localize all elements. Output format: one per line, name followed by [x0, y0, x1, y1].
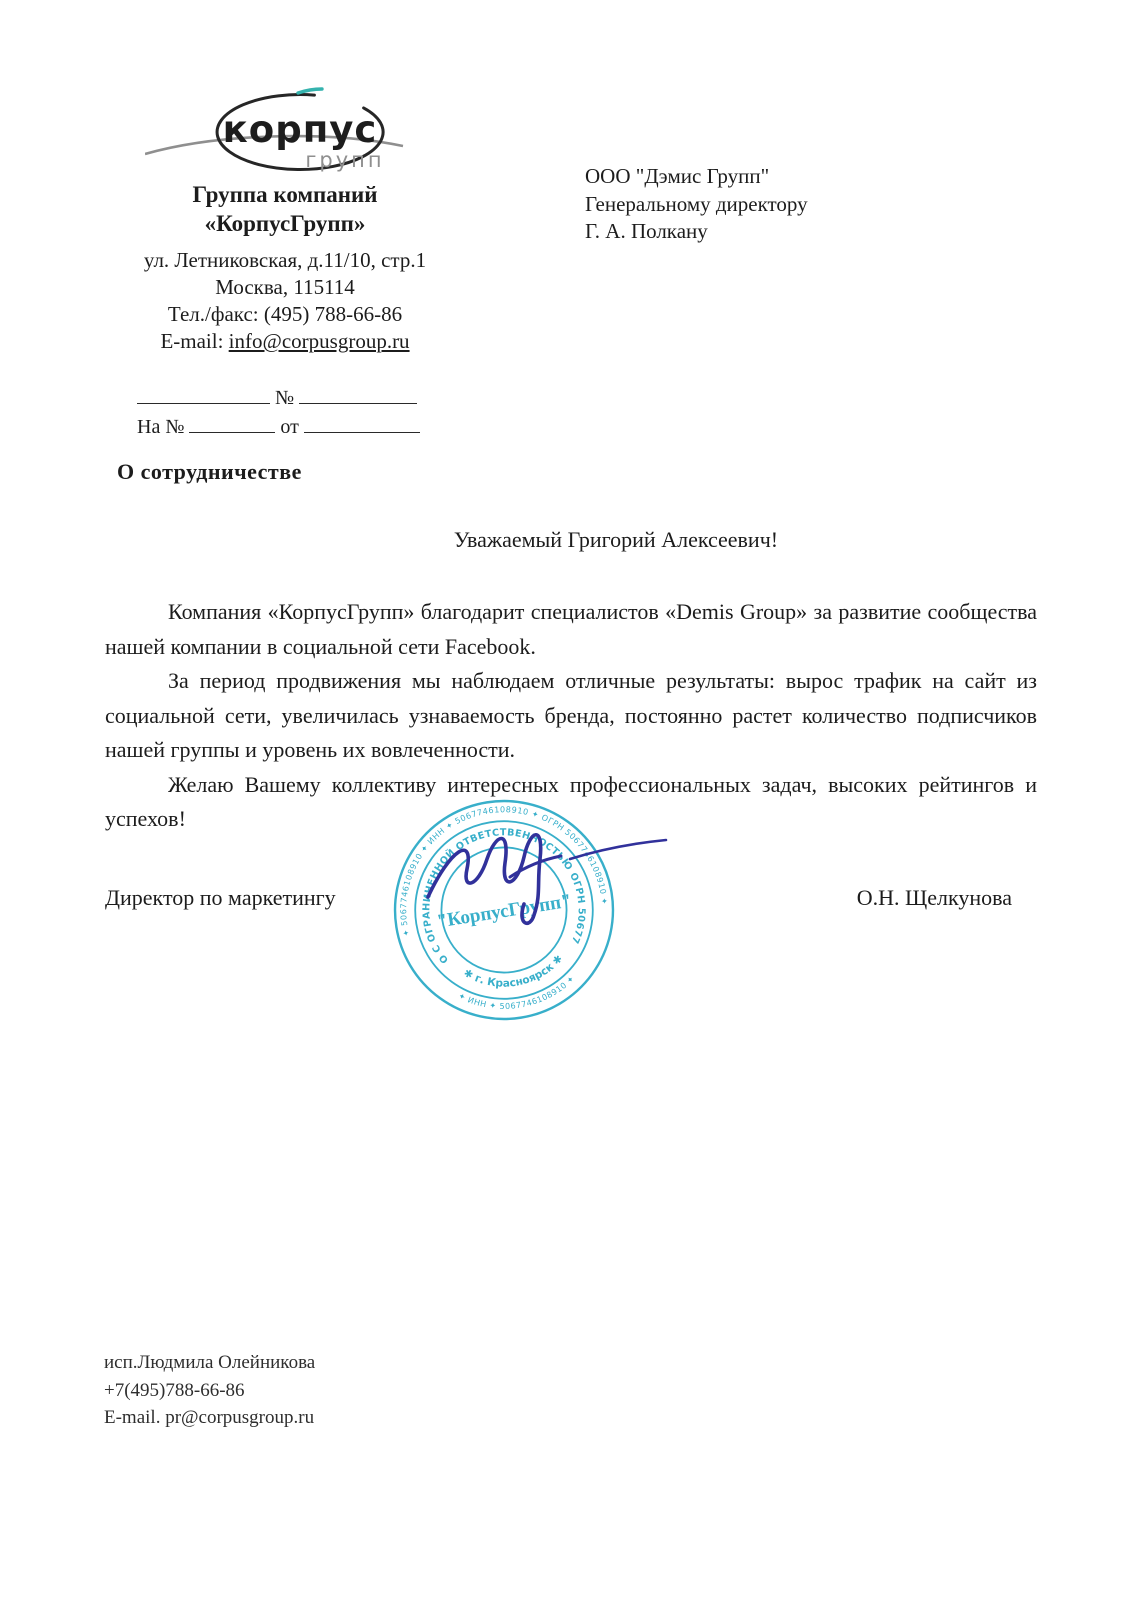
number-blank-line	[299, 385, 417, 404]
paragraph-2: За период продвижения мы наблюдаем отлич…	[105, 664, 1037, 768]
na-blank-line	[189, 414, 275, 433]
signature-strokes	[420, 805, 680, 945]
signer-job-title: Директор по маркетингу	[105, 885, 336, 911]
na-label: На №	[137, 416, 184, 438]
scanned-letter-page: корпус групп Группа компаний «КорпусГруп…	[0, 0, 1142, 1600]
address-street: ул. Летниковская, д.11/10, стр.1	[95, 247, 475, 274]
logo-graphic: корпус групп	[145, 84, 405, 180]
ot-label: от	[280, 416, 298, 438]
recipient-position: Генеральному директору	[585, 191, 808, 219]
date-blank-line	[137, 385, 270, 404]
reference-row-1: №	[137, 384, 420, 413]
signature-flourish-dash	[570, 840, 666, 859]
logo-wordmark: корпус	[223, 108, 378, 151]
logo-teal-accent	[298, 89, 322, 93]
executor-email: E-mail. pr@corpusgroup.ru	[104, 1404, 315, 1432]
company-name-line2: «КорпусГрупп»	[95, 209, 475, 238]
paragraph-1: Компания «КорпусГрупп» благодарит специа…	[105, 595, 1037, 664]
address-city: Москва, 115114	[95, 274, 475, 301]
email-label: E-mail:	[160, 329, 228, 353]
address-email-line: E-mail: info@corpusgroup.ru	[95, 328, 475, 355]
ot-blank-line	[304, 414, 420, 433]
company-name-line1: Группа компаний	[95, 180, 475, 209]
letter-subject: О сотрудничестве	[117, 459, 302, 485]
signature-scribble	[428, 835, 541, 923]
recipient-company: ООО "Дэмис Групп"	[585, 163, 808, 191]
company-logo: корпус групп	[145, 84, 405, 180]
recipient-block: ООО "Дэмис Групп" Генеральному директору…	[585, 163, 808, 246]
executor-block: исп.Людмила Олейникова +7(495)788-66-86 …	[104, 1349, 315, 1432]
executor-name: исп.Людмила Олейникова	[104, 1349, 315, 1377]
company-email: info@corpusgroup.ru	[229, 329, 410, 353]
reference-row-2: На № от	[137, 413, 420, 442]
executor-phone: +7(495)788-66-86	[104, 1377, 315, 1405]
salutation: Уважаемый Григорий Алексеевич!	[135, 527, 1097, 553]
recipient-name: Г. А. Полкану	[585, 218, 808, 246]
company-address-block: ул. Летниковская, д.11/10, стр.1 Москва,…	[95, 247, 475, 355]
signature-cross-stroke	[510, 856, 561, 877]
signer-name: О.Н. Щелкунова	[857, 885, 1012, 911]
logo-sub-wordmark: групп	[305, 148, 384, 172]
address-phone: Тел./факс: (495) 788-66-86	[95, 301, 475, 328]
reference-block: № На № от	[137, 384, 420, 442]
handwritten-signature	[420, 805, 680, 945]
number-symbol: №	[275, 387, 294, 409]
company-name-block: Группа компаний «КорпусГрупп»	[95, 180, 475, 238]
